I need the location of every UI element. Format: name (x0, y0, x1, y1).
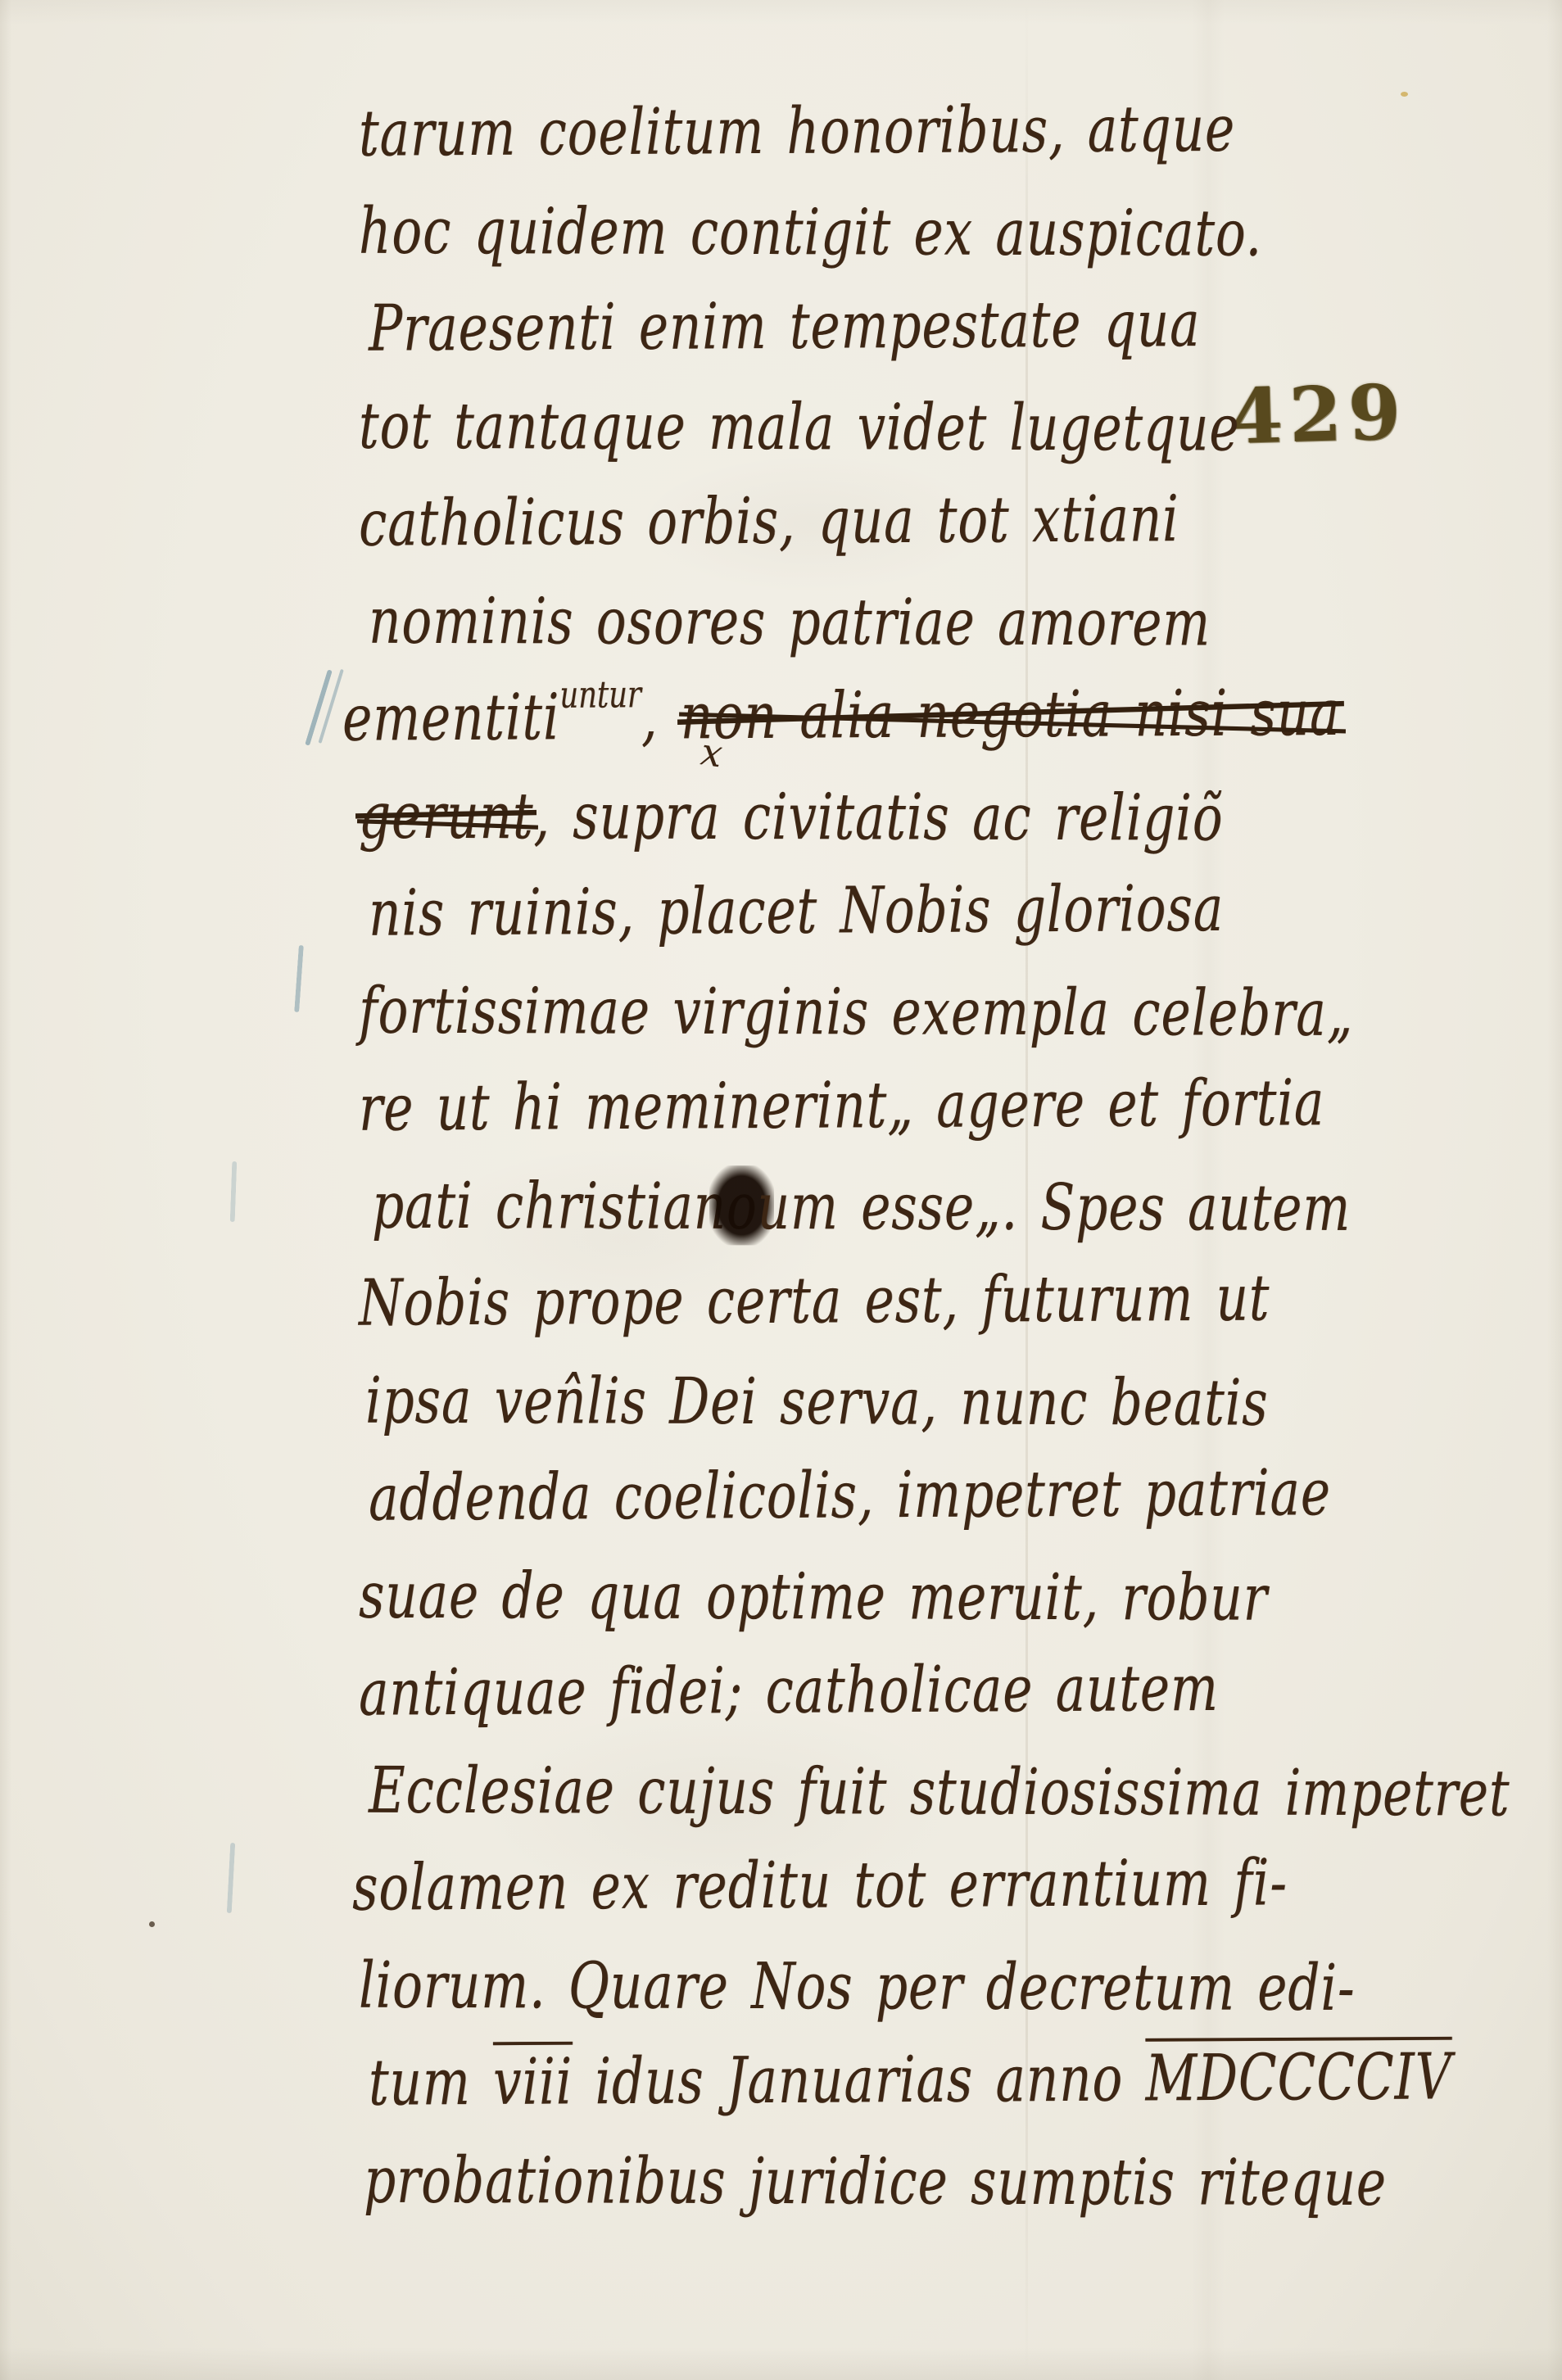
handwritten-text: um esse„. Spes autem (758, 1170, 1351, 1246)
handwritten-text: tum (369, 2045, 493, 2120)
struck-text: gerunt (359, 779, 534, 853)
handwritten-text: , supra civitatis ac religiõ (533, 780, 1223, 856)
handwritten-text: idus Januarias anno (573, 2042, 1146, 2120)
handwritten-text: Praesenti enim tempestate qua (369, 287, 1201, 366)
handwritten-text: o (727, 1170, 758, 1244)
handwritten-text: , (641, 680, 681, 754)
handwritten-text: pati christian (372, 1169, 727, 1244)
handwritten-text: Nobis prope certa est, futurum ut (359, 1261, 1270, 1341)
handwritten-text: nis ruinis, placet Nobis gloriosa (369, 871, 1224, 951)
handwritten-line: probationibus juridice sumptis riteque (364, 2118, 1529, 2246)
handwritten-text: liorum. Quare Nos per decretum edi- (359, 1948, 1356, 2025)
handwritten-text: tot tantaque mala videt lugetque (359, 389, 1240, 466)
manuscript-page: 429 tarum coelitum honoribus, atquehoc q… (0, 0, 1562, 2380)
handwritten-text: probationibus juridice sumptis riteque (364, 2143, 1387, 2220)
handwritten-text: fortissimae virginis exempla celebra„ (359, 974, 1353, 1051)
handwritten-text: Ecclesiae cujus fuit studiosissima impet… (369, 1753, 1510, 1831)
handwritten-text: hoc quidem contigit ex auspicato. (359, 194, 1262, 271)
handwritten-text: MDCCCCIV (1145, 2040, 1452, 2116)
paper-fleck (1401, 92, 1408, 97)
handwritten-text: viii (493, 2045, 573, 2120)
struck-text: non alia negotia nisi sua (680, 676, 1340, 753)
handwritten-text: ipsa ven̂lis Dei serva, nunc beatis (365, 1364, 1269, 1441)
handwritten-text: nominis osores patriae amorem (369, 584, 1211, 661)
handwritten-text: antiquae fidei; catholicae autem (359, 1651, 1219, 1731)
handwritten-text: tarum coelitum honoribus, atque (359, 92, 1235, 171)
handwritten-text: re ut hi meminerint„ agere et fortia (359, 1066, 1324, 1145)
handwritten-text: catholicus orbis, qua tot xtiani (359, 482, 1179, 560)
handwritten-text: suae de qua optime meruit, robur (359, 1559, 1268, 1636)
handwriting-area: tarum coelitum honoribus, atquehoc quide… (359, 85, 1529, 2229)
ink-speck (149, 1921, 155, 1927)
handwritten-text: solamen ex reditu tot errantium fi- (352, 1846, 1288, 1925)
interlinear-insertion: untur (559, 673, 641, 717)
handwritten-text: ementiti (342, 681, 560, 756)
handwritten-text: addenda coelicolis, impetret patriae (369, 1455, 1331, 1535)
